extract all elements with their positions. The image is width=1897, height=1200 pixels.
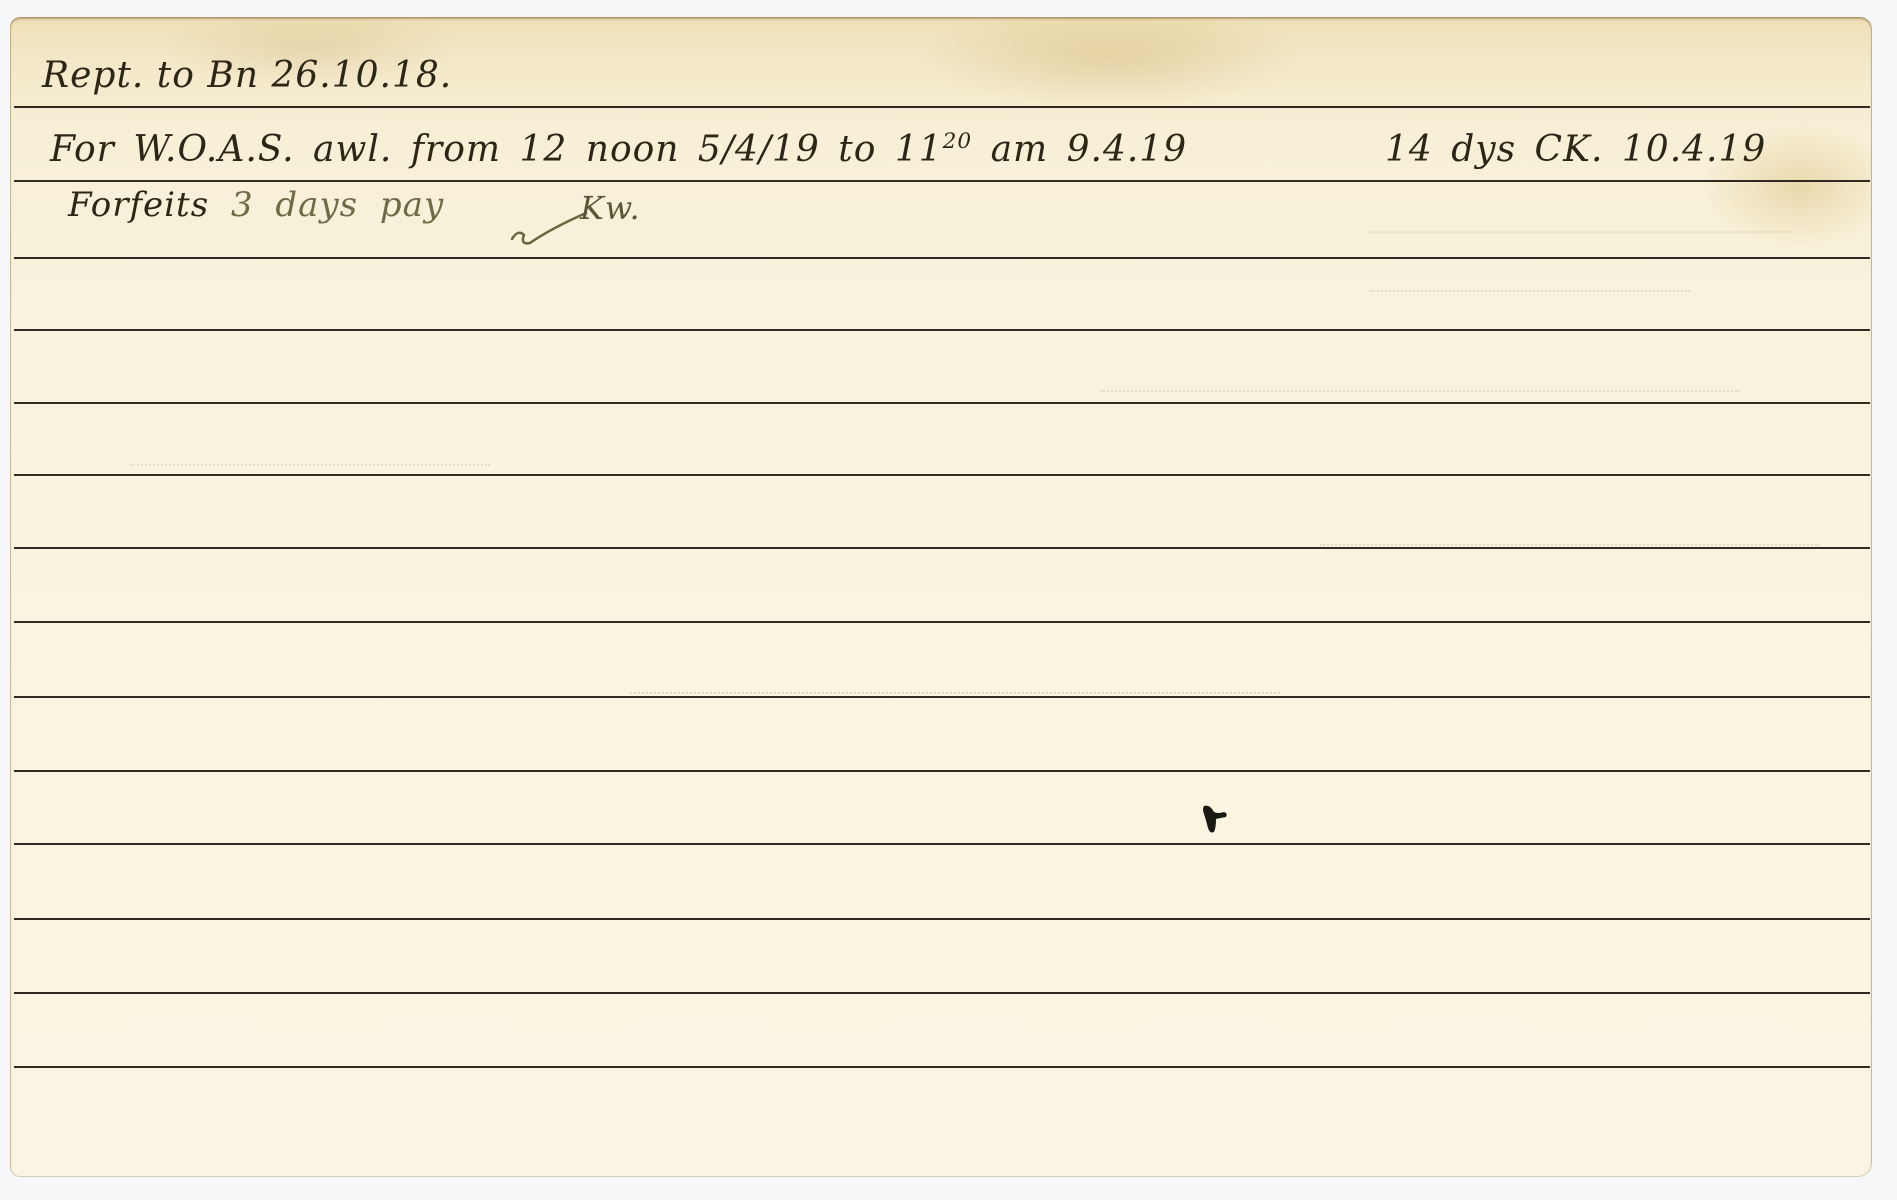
entry-text: For W.O.A.S. awl. from 12 noon 5/4/19 to… [50,129,943,170]
entry-punishment-days: 14 dys CK. 10.4.19 [1385,129,1766,170]
pen-stroke-icon [510,209,590,249]
ruled-line [14,106,1870,108]
entry-text: 14 dys CK. 10.4.19 [1385,129,1766,170]
index-card: Rept. to Bn 26.10.18. For W.O.A.S. awl. … [10,17,1872,1177]
ruled-line [14,621,1870,623]
ruled-line [14,547,1870,549]
ruled-line [14,1066,1870,1068]
entry-reported-to-battalion: Rept. to Bn 26.10.18. [42,55,452,96]
ink-blot-icon [1202,804,1228,834]
entry-text: Kw. [580,189,641,227]
show-through-dots [1370,290,1690,292]
ruled-line [14,474,1870,476]
ruled-line [14,402,1870,404]
entry-time-superscript: 20 [943,129,972,154]
show-through-dots [1370,231,1790,233]
entry-text: am 9.4.19 [972,129,1187,170]
ruled-line [14,180,1870,182]
show-through-dots [130,464,490,466]
entry-forfeit-pay: Forfeits 3 days pay [68,185,444,225]
ruled-line [14,770,1870,772]
entry-text: Forfeits [68,185,209,225]
show-through-dots [630,692,1280,694]
ruled-line [14,992,1870,994]
entry-text-faded: 3 days pay [231,185,444,225]
ruled-line [14,918,1870,920]
entry-initials: Kw. [580,189,641,227]
entry-absence-offence: For W.O.A.S. awl. from 12 noon 5/4/19 to… [50,129,1187,170]
show-through-dots [1320,544,1820,546]
show-through-dots [1100,390,1740,392]
entry-text: Rept. to Bn 26.10.18. [42,55,452,96]
ruled-line [14,696,1870,698]
ruled-line [14,329,1870,331]
ruled-line [14,257,1870,259]
ruled-line [14,843,1870,845]
